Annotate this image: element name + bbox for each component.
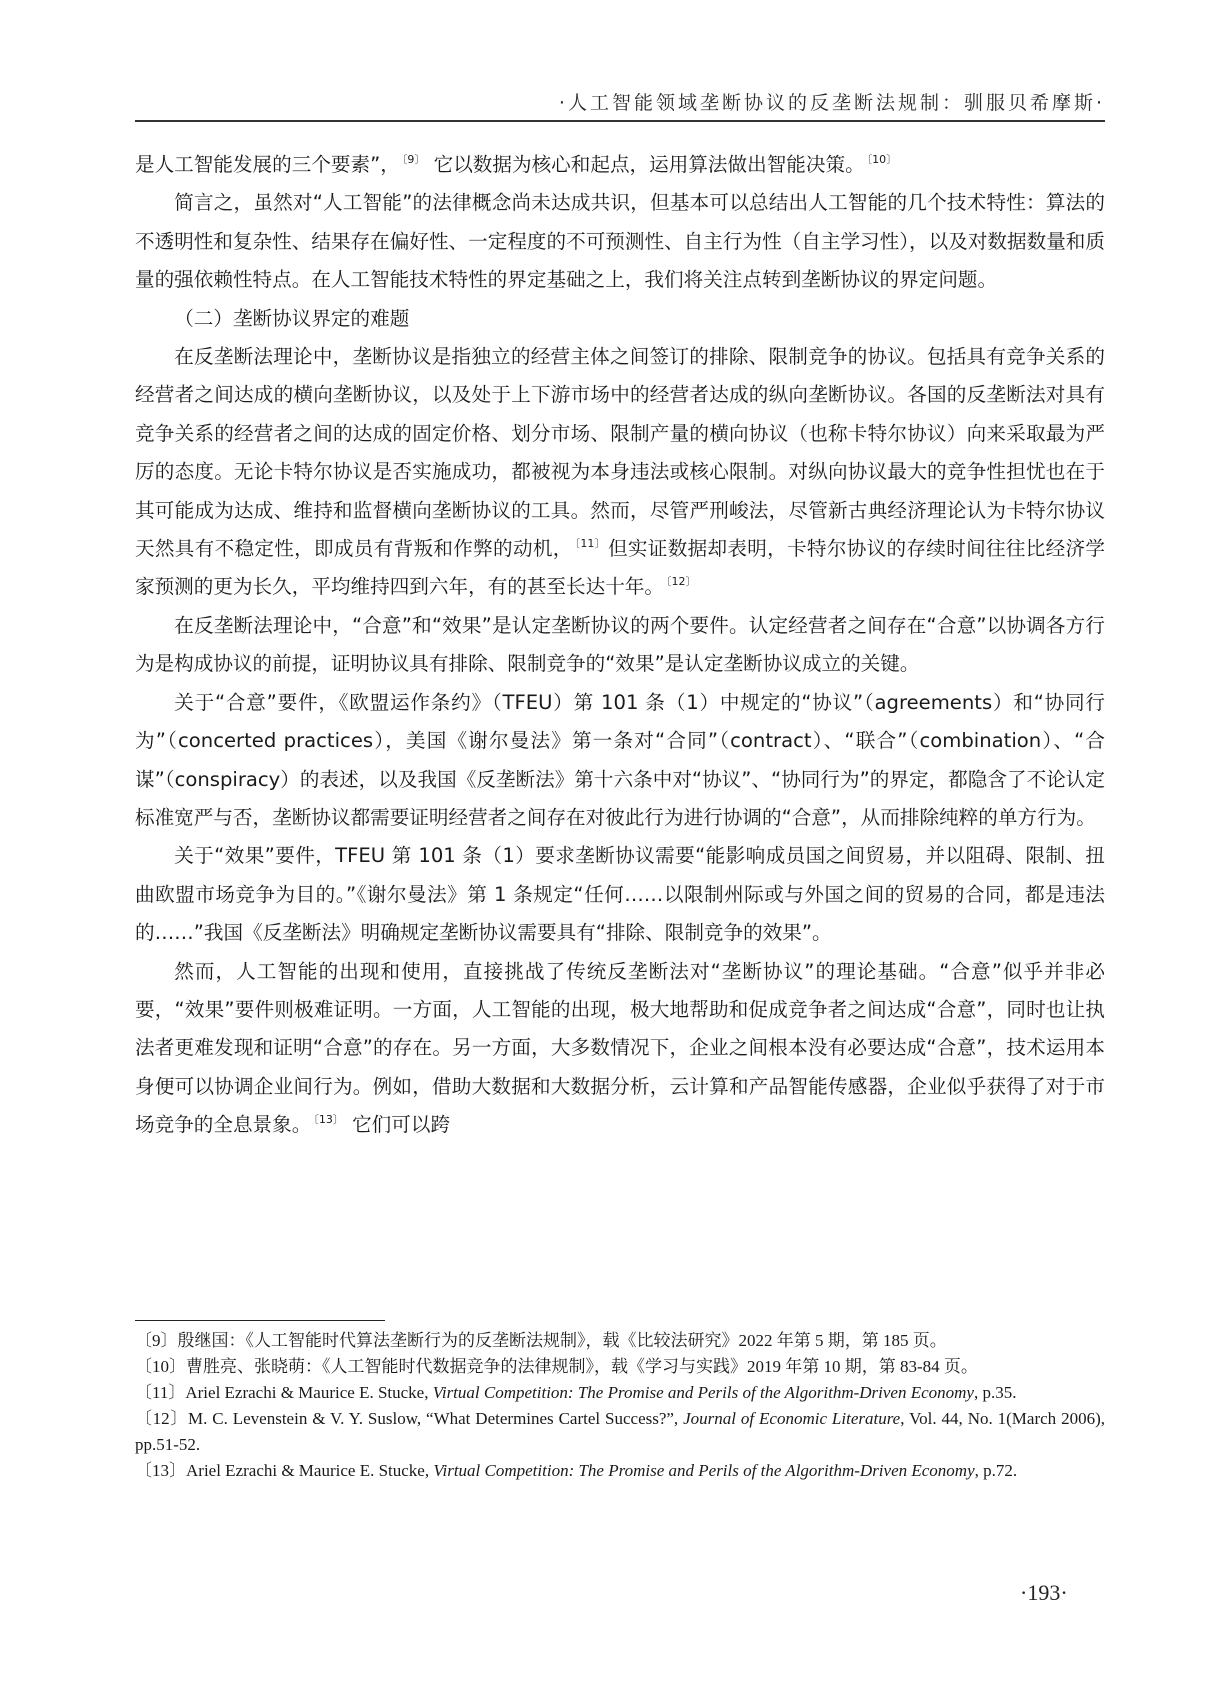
running-head: ·人工智能领域垄断协议的反垄断法规制：驯服贝希摩斯· — [133, 88, 1105, 116]
paragraph-6: 关于“效果”要件，TFEU 第 101 条（1）要求垄断协议需要“能影响成员国之… — [135, 837, 1105, 952]
paragraph-4: 在反垄断法理论中，“合意”和“效果”是认定垄断协议的两个要件。认定经营者之间存在… — [135, 607, 1105, 684]
footnote-ref-9[interactable]: 〔9〕 — [402, 153, 426, 166]
footnote-9: 〔9〕殷继国：《人工智能时代算法垄断行为的反垄断法规制》，载《比较法研究》202… — [135, 1328, 1105, 1354]
body-text: 是人工智能发展的三个要素”，〔9〕 它以数据为核心和起点，运用算法做出智能决策。… — [135, 146, 1105, 1145]
header-rule — [135, 120, 1105, 122]
paragraph-text: 它以数据为核心和起点，运用算法做出智能决策。 — [427, 153, 864, 176]
paragraph-5: 关于“合意”要件，《欧盟运作条约》（TFEU）第 101 条（1）中规定的“协议… — [135, 684, 1105, 838]
footnote-text: , p.35. — [974, 1383, 1017, 1402]
footnote-ref-13[interactable]: 〔13〕 — [313, 1113, 344, 1126]
footnote-text: 〔12〕M. C. Levenstein & V. Y. Suslow, “Wh… — [135, 1409, 683, 1428]
footnote-text: , p.72. — [975, 1461, 1018, 1480]
footnote-ref-11[interactable]: 〔11〕 — [575, 537, 606, 550]
paragraph-text: 在反垄断法理论中，垄断协议是指独立的经营主体之间签订的排除、限制竞争的协议。包括… — [135, 345, 1105, 560]
paragraph-2: 简言之，虽然对“人工智能”的法律概念尚未达成共识，但基本可以总结出人工智能的几个… — [135, 184, 1105, 299]
footnote-title: Virtual Competition: The Promise and Per… — [433, 1461, 974, 1480]
paragraph-1: 是人工智能发展的三个要素”，〔9〕 它以数据为核心和起点，运用算法做出智能决策。… — [135, 146, 1105, 184]
paragraph-7: 然而，人工智能的出现和使用，直接挑战了传统反垄断法对“垄断协议”的理论基础。“合… — [135, 953, 1105, 1145]
footnote-13: 〔13〕Ariel Ezrachi & Maurice E. Stucke, V… — [135, 1458, 1105, 1484]
paragraph-3: 在反垄断法理论中，垄断协议是指独立的经营主体之间签订的排除、限制竞争的协议。包括… — [135, 338, 1105, 607]
footnote-text: 〔13〕Ariel Ezrachi & Maurice E. Stucke, — [135, 1461, 433, 1480]
footnote-title: Virtual Competition: The Promise and Per… — [433, 1383, 974, 1402]
footnote-ref-12[interactable]: 〔12〕 — [666, 575, 697, 588]
paragraph-text: 然而，人工智能的出现和使用，直接挑战了传统反垄断法对“垄断协议”的理论基础。“合… — [135, 960, 1105, 1137]
footnote-ref-10[interactable]: 〔10〕 — [867, 153, 898, 166]
paragraph-text: 它们可以跨 — [346, 1113, 450, 1136]
page-number: ·193· — [1020, 1580, 1068, 1606]
footnote-11: 〔11〕Ariel Ezrachi & Maurice E. Stucke, V… — [135, 1380, 1105, 1406]
footnote-text: 〔11〕Ariel Ezrachi & Maurice E. Stucke, — [135, 1383, 433, 1402]
footnote-10: 〔10〕曹胜亮、张晓萌：《人工智能时代数据竞争的法律规制》，载《学习与实践》20… — [135, 1354, 1105, 1380]
footnote-12: 〔12〕M. C. Levenstein & V. Y. Suslow, “Wh… — [135, 1406, 1105, 1458]
paragraph-text: 是人工智能发展的三个要素”， — [135, 153, 400, 176]
footnotes: 〔9〕殷继国：《人工智能时代算法垄断行为的反垄断法规制》，载《比较法研究》202… — [135, 1328, 1105, 1484]
section-heading: （二）垄断协议界定的难题 — [135, 300, 1105, 338]
footnote-rule — [135, 1320, 385, 1321]
footnote-title: Journal of Economic Literature — [683, 1409, 900, 1428]
